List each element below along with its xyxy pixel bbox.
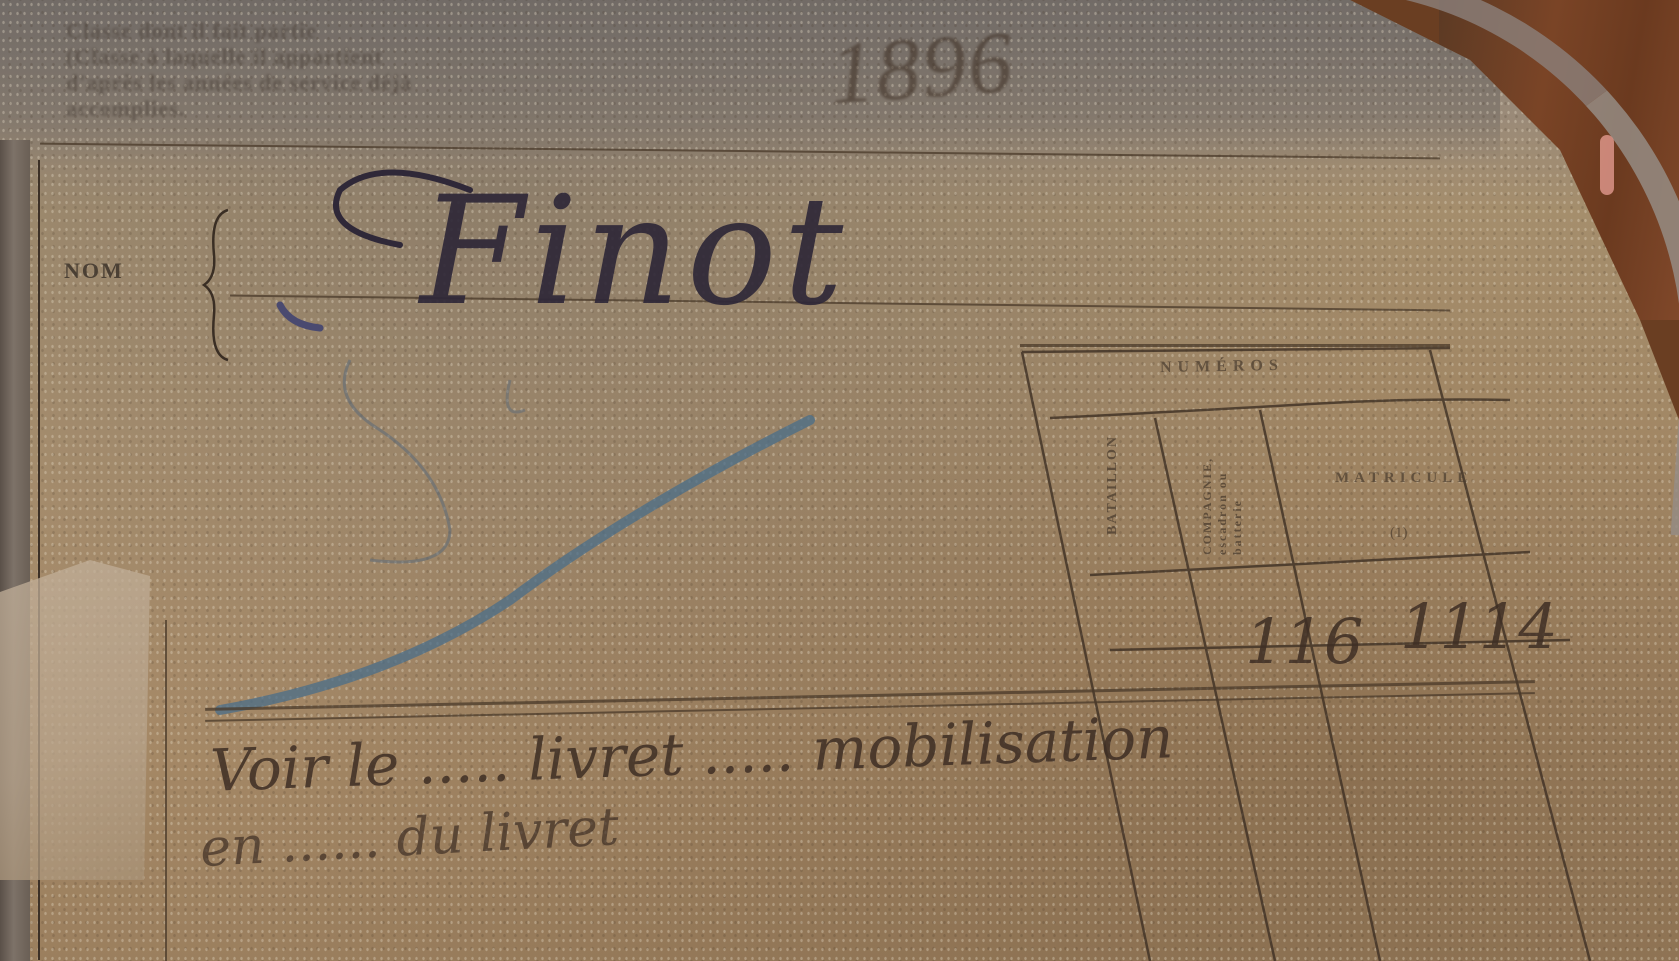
column-label-bataillon: BATAILLON [1105, 435, 1121, 535]
header-line: (Classe à laquelle il appartient [66, 44, 766, 70]
pink-stain [1600, 135, 1614, 195]
header-line: d'après les années de service déjà [66, 70, 766, 96]
header-line: Classe dont il fait partie [66, 18, 766, 44]
table-value-compagnie: 116 [1245, 605, 1363, 678]
name-label: NOM [64, 258, 124, 284]
table-value-matricule: 1114 [1400, 590, 1558, 663]
header-line: accomplies. [66, 96, 766, 122]
pencil-marks [180, 340, 880, 740]
name-flourish [260, 150, 520, 350]
column-label-compagnie: COMPAGNIE, escadron ou batterie [1200, 415, 1245, 555]
left-margin-rule [165, 620, 167, 961]
column-label-matricule: MATRICULE [1335, 470, 1472, 487]
column-footnote-ref: (1) [1390, 525, 1408, 542]
table-title: NUMÉROS [1160, 357, 1284, 377]
torn-paper-patch [0, 560, 150, 880]
class-year-handwritten: 1896 [827, 12, 1018, 126]
printed-header: Classe dont il fait partie (Classe à laq… [66, 18, 766, 122]
